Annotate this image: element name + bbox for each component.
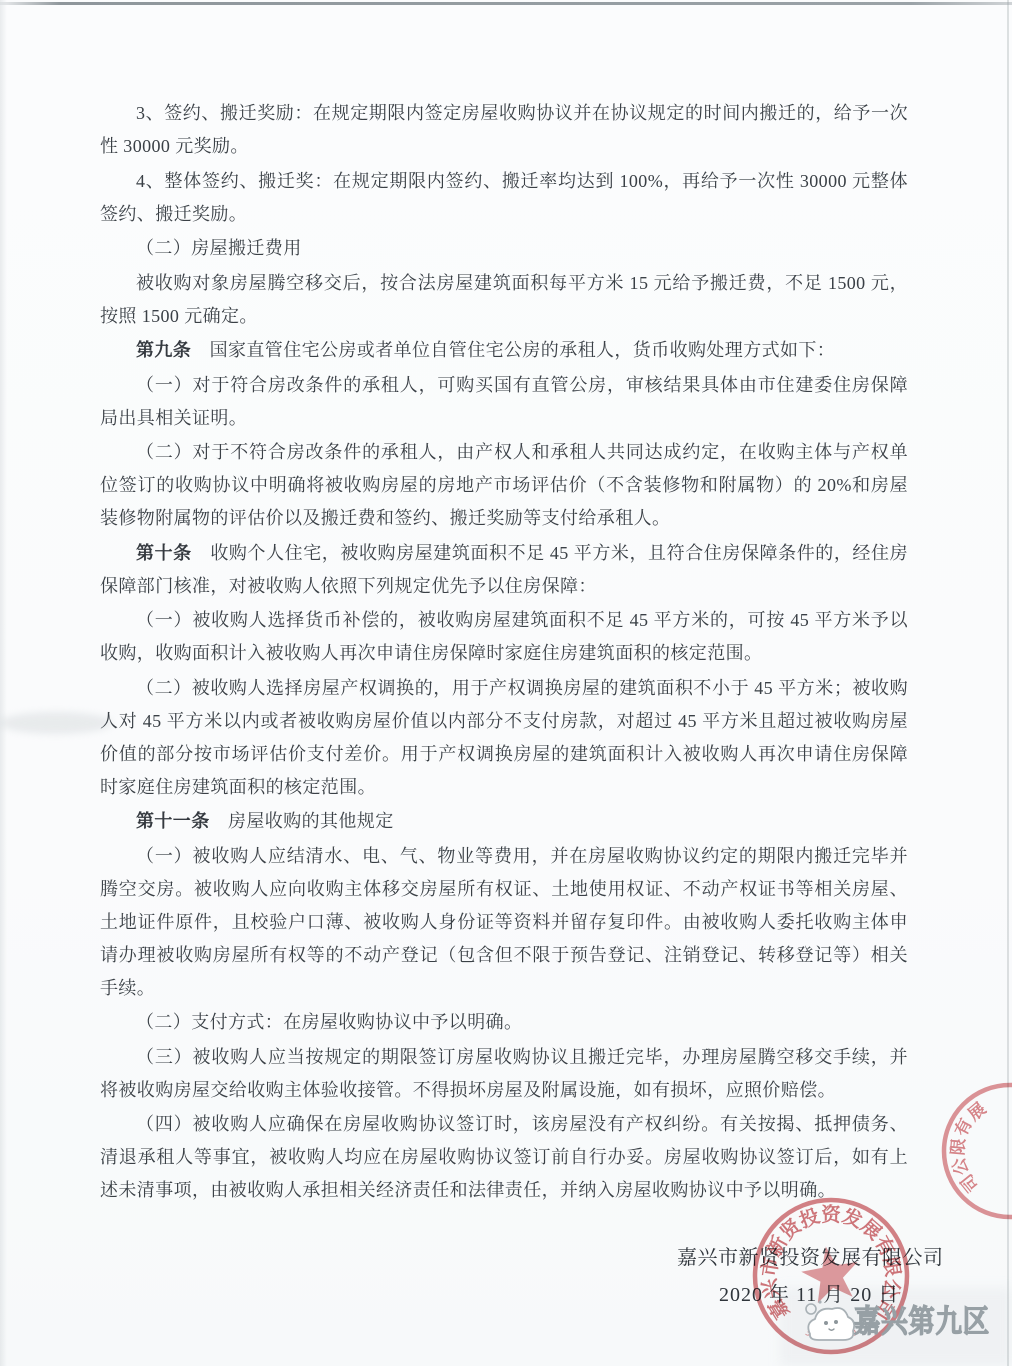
paragraph: （一）被收购人选择货币补偿的，被收购房屋建筑面积不足 45 平方米的，可按 45…: [100, 604, 908, 670]
paragraph: （一）被收购人应结清水、电、气、物业等费用，并在房屋收购协议约定的期限内搬迁完毕…: [100, 840, 908, 1005]
paragraph-text: （四）被收购人应确保在房屋收购协议签订时，该房屋没有产权纠纷。有关按揭、抵押债务…: [100, 1114, 908, 1200]
cloud-logo-icon: [798, 1296, 858, 1346]
paragraph: 第九条 国家直管住宅公房或者单位自管住宅公房的承租人，货币收购处理方式如下：: [100, 334, 908, 367]
clause-number: 第十一条: [136, 811, 210, 831]
paragraph: 第十条 收购个人住宅，被收购房屋建筑面积不足 45 平方米，且符合住房保障条件的…: [100, 537, 908, 603]
partial-seal: 展 有 限 公 司: [935, 1075, 1012, 1235]
paragraph: 3、签约、搬迁奖励：在规定期限内签定房屋收购协议并在协议规定的时间内搬迁的，给予…: [100, 97, 908, 163]
paragraph-text: 4、整体签约、搬迁奖：在规定期限内签约、搬迁率均达到 100%，再给予一次性 3…: [100, 171, 908, 224]
watermark: 嘉兴第九区: [798, 1294, 1012, 1346]
paragraph-text: （一）被收购人应结清水、电、气、物业等费用，并在房屋收购协议约定的期限内搬迁完毕…: [100, 846, 908, 998]
paragraph-text: 收购个人住宅，被收购房屋建筑面积不足 45 平方米，且符合住房保障条件的，经住房…: [100, 543, 908, 596]
scan-edge-left: [0, 0, 7, 1366]
paragraph: 被收购对象房屋腾空移交后，按合法房屋建筑面积每平方米 15 元给予搬迁费，不足 …: [100, 267, 908, 333]
watermark-label: 嘉兴第九区: [854, 1296, 990, 1341]
paragraph-text: （一）被收购人选择货币补偿的，被收购房屋建筑面积不足 45 平方米的，可按 45…: [100, 610, 908, 663]
scan-edge-top: [0, 2, 1012, 5]
paragraph: （二）房屋搬迁费用: [100, 232, 908, 265]
paragraph-text: （二）被收购人选择房屋产权调换的，用于产权调换房屋的建筑面积不小于 45 平方米…: [100, 678, 908, 797]
paragraph-text: （二）支付方式：在房屋收购协议中予以明确。: [136, 1012, 522, 1032]
scan-artifact: [0, 712, 112, 734]
paragraph: 4、整体签约、搬迁奖：在规定期限内签约、搬迁率均达到 100%，再给予一次性 3…: [100, 165, 908, 231]
paragraph-text: （三）被收购人应当按规定的期限签订房屋收购协议且搬迁完毕，办理房屋腾空移交手续，…: [100, 1047, 908, 1100]
partial-seal-char: 限: [948, 1138, 968, 1157]
paragraph-text: 国家直管住宅公房或者单位自管住宅公房的承租人，货币收购处理方式如下：: [191, 340, 835, 360]
paragraph: （三）被收购人应当按规定的期限签订房屋收购协议且搬迁完毕，办理房屋腾空移交手续，…: [100, 1041, 908, 1107]
paragraph-text: 房屋收购的其他规定: [210, 811, 394, 831]
scanned-page: 3、签约、搬迁奖励：在规定期限内签定房屋收购协议并在协议规定的时间内搬迁的，给予…: [0, 0, 1012, 1366]
paragraph: （一）对于符合房改条件的承租人，可购买国有直管公房，审核结果具体由市住建委住房保…: [100, 369, 908, 435]
paragraph: （二）被收购人选择房屋产权调换的，用于产权调换房屋的建筑面积不小于 45 平方米…: [100, 672, 908, 804]
document-body: 3、签约、搬迁奖励：在规定期限内签定房屋收购协议并在协议规定的时间内搬迁的，给予…: [100, 97, 908, 1209]
paragraph: （二）支付方式：在房屋收购协议中予以明确。: [100, 1006, 908, 1039]
paragraph-text: （二）房屋搬迁费用: [136, 238, 302, 258]
clause-number: 第九条: [136, 340, 191, 360]
paragraph: （二）对于不符合房改条件的承租人，由产权人和承租人共同达成约定，在收购主体与产权…: [100, 436, 908, 535]
paragraph-text: 被收购对象房屋腾空移交后，按合法房屋建筑面积每平方米 15 元给予搬迁费，不足 …: [100, 273, 908, 326]
paragraph-text: （二）对于不符合房改条件的承租人，由产权人和承租人共同达成约定，在收购主体与产权…: [100, 442, 908, 528]
clause-number: 第十条: [136, 543, 192, 563]
paragraph-text: （一）对于符合房改条件的承租人，可购买国有直管公房，审核结果具体由市住建委住房保…: [100, 375, 908, 428]
paragraph: 第十一条 房屋收购的其他规定: [100, 805, 908, 838]
paragraph-text: 3、签约、搬迁奖励：在规定期限内签定房屋收购协议并在协议规定的时间内搬迁的，给予…: [100, 103, 908, 156]
